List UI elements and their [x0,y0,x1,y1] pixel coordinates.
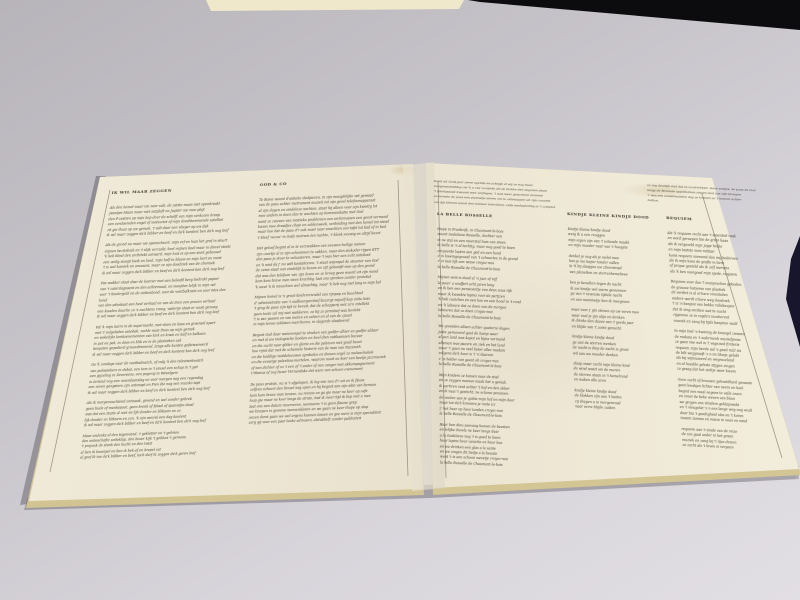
stanza-list: Te Rome woont d'antieke skolpieren, in z… [248,192,401,426]
stanza: Ga 'k zondags naar de voetbalmatch, of v… [87,358,223,396]
lyrics-column-god-en-co: GOD & CO Te Rome woont d'antieke skolpie… [248,176,402,431]
stanza: Diepe in Frankrijk, in Chaumont-le-boisw… [437,227,563,276]
stanza: waar voor j' gin stenen op uw veren meew… [571,308,680,335]
stanza: Begost God daar waterempel te vloeken va… [251,328,395,378]
stanza: slaap maar zacht mijn kleine kindde wind… [573,361,682,388]
stanza: Kindje kleine kindje doodweig ik u een r… [568,227,677,254]
stanza-list: Kindje kleine kindje doodweig ik u een r… [568,227,684,416]
stanza: kindje kleine kindje doodge ziet de ster… [572,334,681,361]
lyrics-column-requiem: REQUIEM Als 'k requiem recht aan 't esse… [666,215,795,459]
stanza: Haar bon dieu soevang komen de beestenen… [440,422,566,471]
stanza: requiem aan 't einde van de reizede zon … [681,427,794,455]
stanza-list: Als 'k requiem recht aan 't essentiel ra… [667,231,794,455]
stanza: Requiem voor dan 'l onsspraches gebodend… [671,280,786,330]
stanza: denkel je nog als je welst meekan je me … [569,254,678,281]
stanza: Val 'k mijn karre in de supermarkt, met … [92,320,228,358]
stanza: kindje kleine kindje doodde klokken zijn… [574,388,683,415]
stanza: In mijn tied 'n kweinig de knoegel zwane… [674,329,789,379]
stanza: Als de grond nu maar nie openscheurt, mi… [102,239,238,277]
stanza: Het geloof begint al in te verzwakken va… [255,241,399,291]
stanza: Mijn kinders ze kuisen naar de staden ze… [439,373,565,422]
stanza: We groeiden alleen achter quatorze dagen… [438,324,564,373]
stanza: Mijnen vent is dood al 'n jaar of vijfle… [438,275,564,324]
lyrics-column-kindje-kleine-kindje-dood: KINDJE KLEINE KINDJE DOOD Kindje kleine … [567,211,683,420]
stanza: Als den hemel maar nie neer valt, de zat… [106,201,242,239]
lyrics-column-la-belle-rosselle: LA BELLE ROSSELLE Diepe in Frankrijk, in… [437,211,566,476]
stanza: Mijnen hemel is 'n groot kindervriendel … [253,290,396,329]
stanza: Als ik morgenuuchtend ontwaak, groend en… [84,396,219,429]
stanza: Gure zucht of bruusen gekneldhard gewast… [678,378,793,428]
stanza-list: Diepe in Frankrijk, in Chaumont-le-boisw… [437,227,566,471]
photo-of-gatefold-record-sleeve: IK WIL MAAR ZEGGEN Als den hemel maar ni… [0,0,800,600]
stanza: ben je besulten tegen de nachtik uw kind… [570,281,679,308]
stanza: Te Rome woont d'antieke skolpieren, in z… [257,192,401,242]
stanza: Pas wakker staat daar de koerier met een… [96,277,232,321]
stanza: Maar ondanks al den tegenwind, 't geklet… [80,429,215,462]
stanza: Als 'k requiem recht aan 't essentiel ra… [667,231,782,281]
stanza: De paus prutste, nu is 't afgelopen, ik … [248,377,392,427]
